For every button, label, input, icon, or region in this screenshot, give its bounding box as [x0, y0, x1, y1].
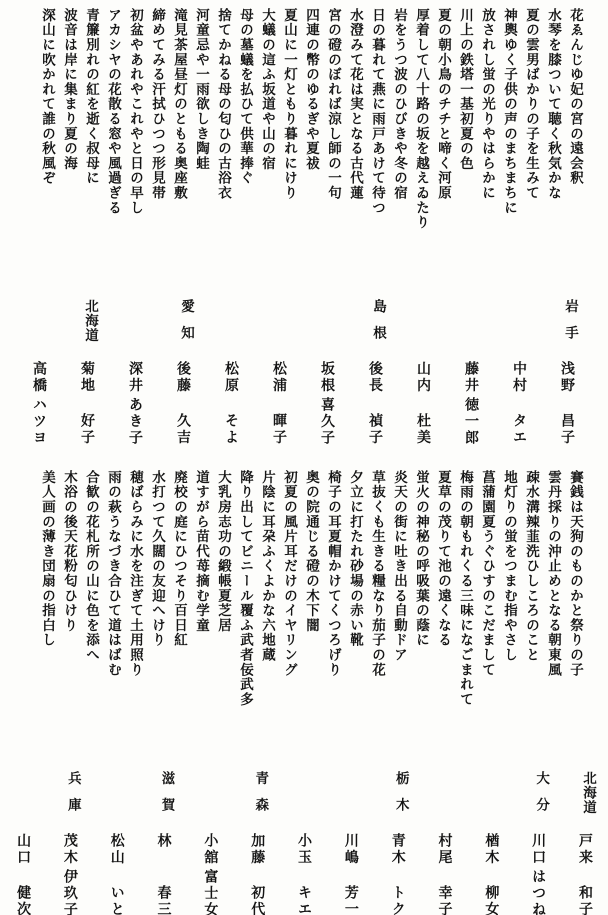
haiku-column: 夏草の茂りて池の遠くなる — [431, 470, 453, 770]
haiku-column: 菖蒲園夏うぐひすのこだまして — [475, 470, 497, 770]
haiku-column: 美人画の薄き団扇の指白し — [35, 470, 57, 770]
author-surname: 青木 — [388, 833, 408, 866]
author-name: 浅野昌子 — [557, 361, 577, 446]
author-name: 藤井徳一郎 — [461, 361, 481, 446]
author-given-name: 初代 — [247, 885, 267, 915]
author-given-name: 喜久子 — [317, 397, 337, 447]
haiku-column: 青簾別れの紅を逝く叔母に — [79, 8, 101, 300]
author-given-name: そよ — [221, 413, 241, 446]
author-given-name: 徳一郎 — [461, 397, 481, 447]
author-name: 菊地好子 — [77, 361, 97, 446]
author-given-name: トク — [388, 885, 408, 915]
author-entry: 村尾幸子 — [435, 771, 455, 913]
author-name: 川嶋芳一 — [341, 833, 361, 915]
prefecture-label: 島根 — [368, 299, 388, 361]
haiku-column: 捨てかねる母の匂ひの古浴衣 — [211, 8, 233, 300]
author-given-name: 伊玖子 — [60, 869, 80, 915]
author-entry: 中村タエ — [509, 299, 529, 449]
author-name: 川口はつね — [528, 833, 548, 915]
haiku-column: 夏の朝小鳥のチチと啼く河原 — [431, 8, 453, 300]
author-surname: 小玉 — [294, 833, 314, 866]
author-given-name: 幸子 — [435, 885, 455, 915]
author-surname: 茂木 — [60, 833, 80, 866]
haiku-column: 疎水溝辣韮洗ひしころのこと — [519, 470, 541, 770]
haiku-column: 賽銭は天狗のものかと祭りの子 — [563, 470, 585, 770]
haiku-block-upper: 花ゑんじゆ妃の宮の遠会釈 水琴を膝ついて聴く秋気かな 夏の雲男ばかりの子を生みて… — [35, 8, 585, 300]
haiku-column: 母の墓蟻を払ひて供華捧ぐ — [233, 8, 255, 300]
author-name: 山内杜美 — [413, 361, 433, 446]
author-surname: 川嶋 — [341, 833, 361, 866]
author-given-name: 富士女 — [200, 869, 220, 915]
author-surname: 菊地 — [77, 361, 97, 394]
author-given-name: 禎子 — [365, 413, 385, 446]
haiku-column: 地灯りの蛍をつまむ指やさし — [497, 470, 519, 770]
author-entry: 深井あき子 — [125, 299, 145, 449]
author-given-name: 春三 — [154, 885, 174, 915]
author-name: 林春三 — [154, 833, 174, 915]
author-surname: 坂根 — [317, 361, 337, 394]
author-given-name: 昌子 — [557, 413, 577, 446]
author-surname: 松山 — [107, 833, 127, 866]
haiku-column: 四連の幣のゆるぎや夏祓 — [299, 8, 321, 300]
haiku-anthology-page: 花ゑんじゆ妃の宮の遠会釈 水琴を膝ついて聴く秋気かな 夏の雲男ばかりの子を生みて… — [0, 0, 608, 915]
prefecture-label: 青森 — [250, 771, 270, 833]
author-entry: 小玉キエ — [294, 771, 314, 913]
author-entry: 松山いと — [107, 771, 127, 913]
haiku-column: 椅子の耳夏帽かけてくつろげり — [321, 470, 343, 770]
author-given-name: 芳一 — [341, 885, 361, 915]
author-surname: 戸来 — [575, 833, 595, 866]
author-given-name: 久吉 — [173, 413, 193, 446]
author-surname: 山内 — [413, 361, 433, 394]
haiku-column: 夏山に一灯ともり暮れにけり — [277, 8, 299, 300]
haiku-column: 夏の雲男ばかりの子を生みて — [519, 8, 541, 300]
haiku-column: 片陰に耳朶ふくよかな六地蔵 — [255, 470, 277, 770]
author-entry: 岩手浅野昌子 — [557, 299, 577, 449]
haiku-column: 宮の磴のぼれば涼し師の一句 — [321, 8, 343, 300]
author-entry: 青森加藤初代 — [247, 771, 267, 913]
haiku-column: 波音は岸に集まり夏の海 — [57, 8, 79, 300]
haiku-column: 深山に吹かれて誰の秋風ぞ — [35, 8, 57, 300]
author-name: 後長禎子 — [365, 361, 385, 446]
author-entry: 大分川口はつね — [528, 771, 548, 913]
prefecture-label: 兵庫 — [63, 771, 83, 833]
author-given-name: はつね — [528, 869, 548, 915]
author-surname: 加藤 — [247, 833, 267, 866]
prefecture-label: 愛知 — [176, 299, 196, 361]
author-name: 加藤初代 — [247, 833, 267, 915]
author-given-name: いと — [107, 885, 127, 915]
author-surname: 山口 — [13, 833, 33, 866]
prefecture-label: 北海道 — [80, 299, 100, 361]
author-surname: 楢木 — [481, 833, 501, 866]
author-surname: 川口 — [528, 833, 548, 866]
haiku-column: 奥の院通じる磴の木下闇 — [299, 470, 321, 770]
author-surname: 林 — [154, 833, 174, 850]
prefecture-label: 大分 — [531, 771, 551, 833]
author-surname: 松浦 — [269, 361, 289, 394]
author-name: 中村タエ — [509, 361, 529, 446]
haiku-column: 草抜くも生きる糧なり茄子の花 — [365, 470, 387, 770]
author-name: 松原そよ — [221, 361, 241, 446]
haiku-column: 河童忌や一雨欲しき陶蛙 — [189, 8, 211, 300]
author-name: 松浦暉子 — [269, 361, 289, 446]
haiku-column: 初夏の風片耳だけのイヤリング — [277, 470, 299, 770]
author-surname: 高橋 — [29, 361, 49, 394]
author-entry: 滋賀林春三 — [154, 771, 174, 913]
haiku-column: 木浴の後天花粉匂ひけり — [57, 470, 79, 770]
author-name: 山口健次 — [13, 833, 33, 915]
haiku-column: 水澄みて花は実となる古代蓮 — [343, 8, 365, 300]
haiku-column: アカシヤの花散る窓や風過ぎる — [101, 8, 123, 300]
author-given-name: あき子 — [125, 397, 145, 447]
haiku-column: 降り出してビニール覆ふ武者佞武多 — [233, 470, 255, 770]
author-name: 坂根喜久子 — [317, 361, 337, 446]
haiku-column: 水琴を膝ついて聴く秋気かな — [541, 8, 563, 300]
author-name: 戸来和子 — [575, 833, 595, 915]
author-entry: 愛知後藤久吉 — [173, 299, 193, 449]
authors-block-upper: 岩手浅野昌子 中村タエ 藤井徳一郎 山内杜美 島根後長禎子 坂根喜久子 松浦暉子… — [29, 299, 577, 449]
author-given-name: 健次 — [13, 885, 33, 915]
author-name: 後藤久吉 — [173, 361, 193, 446]
author-entry: 山内杜美 — [413, 299, 433, 449]
author-entry: 坂根喜久子 — [317, 299, 337, 449]
author-entry: 松原そよ — [221, 299, 241, 449]
author-name: 楢木柳女 — [481, 833, 501, 915]
haiku-column: 炎天の街に吐き出る自動ドア — [387, 470, 409, 770]
prefecture-label: 北海道 — [578, 771, 598, 833]
haiku-column: 初盆やあれやこれやと日の早し — [123, 8, 145, 300]
prefecture-label: 滋賀 — [157, 771, 177, 833]
author-entry: 島根後長禎子 — [365, 299, 385, 449]
haiku-column: 滝見茶屋昼灯のともる奥座敷 — [167, 8, 189, 300]
author-given-name: ハツヨ — [29, 397, 49, 447]
haiku-column: 大乳房志功の緞帳夏芝居 — [211, 470, 233, 770]
author-name: 深井あき子 — [125, 361, 145, 446]
author-surname: 中村 — [509, 361, 529, 394]
author-entry: 兵庫茂木伊玖子 — [60, 771, 80, 913]
author-surname: 後藤 — [173, 361, 193, 394]
author-given-name: キエ — [294, 885, 314, 915]
author-name: 村尾幸子 — [435, 833, 455, 915]
author-given-name: タエ — [509, 413, 529, 446]
author-given-name: 和子 — [575, 885, 595, 915]
haiku-column: 夕立に打たれ砂場の赤い靴 — [343, 470, 365, 770]
haiku-column: 川上の鉄塔一基初夏の色 — [453, 8, 475, 300]
haiku-column: 大蟻の這ふ坂道や山の宿 — [255, 8, 277, 300]
haiku-column: 放されし蛍の光りやはらかに — [475, 8, 497, 300]
haiku-column: 雲丹採りの沖止めとなる朝東風 — [541, 470, 563, 770]
haiku-column: 日の暮れて燕に雨戸あけて待つ — [365, 8, 387, 300]
haiku-column: 花ゑんじゆ妃の宮の遠会釈 — [563, 8, 585, 300]
author-surname: 松原 — [221, 361, 241, 394]
author-entry: 北海道菊地好子 — [77, 299, 97, 449]
author-name: 松山いと — [107, 833, 127, 915]
author-given-name: 柳女 — [481, 885, 501, 915]
author-entry: 川嶋芳一 — [341, 771, 361, 913]
author-surname: 藤井 — [461, 361, 481, 394]
author-entry: 栃木青木トク — [388, 771, 408, 913]
author-surname: 小舘 — [200, 833, 220, 866]
author-entry: 高橋ハツヨ — [29, 299, 49, 449]
author-surname: 村尾 — [435, 833, 455, 866]
prefecture-label: 岩手 — [560, 299, 580, 361]
haiku-column: 神輿ゆく子供の声のまちまちに — [497, 8, 519, 300]
haiku-column: 岩をうつ波のひびきや冬の宿 — [387, 8, 409, 300]
author-entry: 山口健次 — [13, 771, 33, 913]
haiku-column: 廃校の庭にひつそり百日紅 — [167, 470, 189, 770]
author-entry: 北海道戸来和子 — [575, 771, 595, 913]
haiku-column: 雨の萩うなづき合ひて道はばむ — [101, 470, 123, 770]
haiku-column: 穂ばらみに水を注ぎて土用照り — [123, 470, 145, 770]
author-surname: 後長 — [365, 361, 385, 394]
author-given-name: 好子 — [77, 413, 97, 446]
authors-block-lower: 北海道戸来和子 大分川口はつね 楢木柳女 村尾幸子 栃木青木トク 川嶋芳一 小玉… — [13, 771, 595, 913]
author-given-name: 杜美 — [413, 413, 433, 446]
author-entry: 藤井徳一郎 — [461, 299, 481, 449]
author-entry: 楢木柳女 — [481, 771, 501, 913]
author-surname: 深井 — [125, 361, 145, 394]
haiku-column: 合歓の花札所の山に色を添へ — [79, 470, 101, 770]
author-surname: 浅野 — [557, 361, 577, 394]
haiku-block-lower: 賽銭は天狗のものかと祭りの子 雲丹採りの沖止めとなる朝東風 疎水溝辣韮洗ひしころ… — [35, 470, 585, 770]
author-given-name: 暉子 — [269, 413, 289, 446]
author-entry: 松浦暉子 — [269, 299, 289, 449]
author-name: 高橋ハツヨ — [29, 361, 49, 446]
author-name: 青木トク — [388, 833, 408, 915]
haiku-column: 締めてみる汗拭ひつつ形見帯 — [145, 8, 167, 300]
haiku-column: 道すがら苗代苺摘む学童 — [189, 470, 211, 770]
author-entry: 小舘富士女 — [200, 771, 220, 913]
haiku-column: 厚着して八十路の坂を越えゐたり — [409, 8, 431, 300]
haiku-column: 水打つて久闊の友迎へけり — [145, 470, 167, 770]
author-name: 小舘富士女 — [200, 833, 220, 915]
author-name: 茂木伊玖子 — [60, 833, 80, 915]
haiku-column: 梅雨の朝もれくる三味になごまれて — [453, 470, 475, 770]
haiku-column: 蛍火の神秘の呼吸葉の蔭に — [409, 470, 431, 770]
prefecture-label: 栃木 — [391, 771, 411, 833]
author-name: 小玉キエ — [294, 833, 314, 915]
